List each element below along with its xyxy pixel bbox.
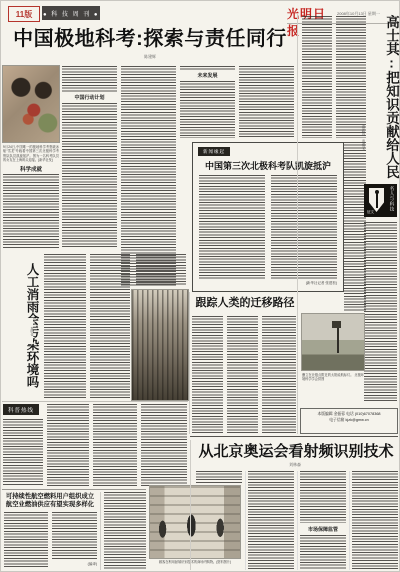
body-text-column [136,254,186,286]
body-text-column [4,512,48,568]
arctic-photo-caption: 9月24日,中国唯一的极地科学考察破冰船“雪龙”号载着中国第三次北极科学考察队队… [3,145,59,163]
column-logo-title: 名人与科技 [389,186,395,212]
column-rule [297,14,298,434]
body-text-column [300,471,346,523]
rain-vertical-headline: 人工消雨会污染环境吗 [6,256,38,394]
hotline-label: 科普热线 [3,404,39,415]
body-text-column [121,66,176,286]
rfid-market-photo [150,486,240,558]
section-banner: ● 科 技 周 刊 ● [42,6,100,20]
body-text-column [248,471,294,570]
section-rule [190,436,398,437]
main-headline: 中国极地科考:探索与责任同行 [6,22,294,48]
body-text-column [239,66,294,138]
news-origin-headline: 中国第三次北极科考队凯旋抵沪 [197,159,339,172]
body-text-column [180,81,235,138]
column-logo: 名人与科技 征文 [364,184,397,217]
beacon-photo-caption: 矗立在北极点附近的太阳能航标灯。 北极环境科学学会供图 [302,373,364,405]
fuel-headline-line1: 可持续性航空燃料用户组织成立 [4,493,96,501]
body-text-column [93,404,137,486]
body-text-column [180,66,235,70]
body-text-column [192,316,223,434]
body-text-column [3,174,59,248]
editor-email: 电子信箱 kjzk@gmw.cn [301,417,397,423]
editor-info-box: 本版编辑 金振蓉 电话 (010)67078368 电子信箱 kjzk@gmw.… [300,408,398,434]
rfid-subhead: 市场保障监管 [300,526,346,533]
column-rule [100,492,101,570]
subhead-china-action-plan: 中国行动计划 [62,94,117,101]
arctic-beacon-photo [302,314,364,370]
section-rule [2,489,146,490]
body-text-column [352,471,398,570]
column-rule [245,471,246,570]
body-text-column [271,175,337,279]
column-rule [349,471,350,570]
newspaper-page: 11版 ● 科 技 周 刊 ● 光明日报 2008年10月13日 星期一 中国极… [0,0,400,572]
body-text-column [90,254,130,400]
subhead-future-development: 未来发展 [180,72,235,79]
fuel-credit: (编译) [52,562,97,567]
body-text-column [300,535,346,570]
column-rule [297,471,298,570]
migration-engraving-photo [132,290,188,400]
body-text-column [3,419,43,486]
fuel-headline: 可持续性航空燃料用户组织成立 航空业燃油供应有望实现多样化 [4,493,96,509]
gao-vertical-headline: 高士其:把知识贡献给人民 [369,14,398,180]
body-text-column [104,492,146,570]
body-text-column [302,16,332,138]
body-text-column [141,404,187,486]
body-text-column [364,222,397,402]
body-text-column [62,66,117,92]
news-origin-box: 新闻缘起 中国第三次北极科考队凯旋抵沪 (新华社记者 张建松) [192,142,344,292]
pen-nib-slit [376,193,378,208]
migration-headline: 跟踪人类的迁移路径 [192,294,298,310]
body-text-column [199,175,265,279]
beacon-lamp [332,321,341,328]
column-logo-subtitle: 征文 [367,210,374,215]
news-origin-label: 新闻缘起 [198,147,230,156]
gao-byline: 高志其 袁清义 [356,112,365,162]
news-origin-credit: (新华社记者 张建松) [199,281,337,286]
rfid-headline: 从北京奥运会看射频识别技术 [194,440,398,461]
section-rule [2,401,188,402]
subhead-science-achievements: 科学成就 [3,165,59,173]
rfid-byline: 刘林森 [250,462,340,468]
main-byline: 陈建辉 [100,54,200,60]
body-text-column [44,254,86,400]
body-text-column [62,103,117,248]
column-rule [190,440,191,570]
edition-number: 11版 [8,6,40,22]
pen-ball-icon [375,190,379,194]
fuel-headline-line2: 航空业燃油供应有望实现多样化 [4,501,96,509]
beacon-pole [337,324,339,353]
body-text-column [344,142,366,312]
body-text-column [262,316,296,434]
rain-byline: 詹明佳 [25,318,33,344]
column-rule [189,292,190,434]
rfid-photo-caption: 顾客在利用射频识别技术的商场内购物。(资料图片) [150,560,240,569]
body-text-column [52,512,97,560]
body-text-column [196,471,242,483]
arctic-return-photo [3,66,59,142]
body-text-column [227,316,258,434]
body-text-column [47,404,89,486]
